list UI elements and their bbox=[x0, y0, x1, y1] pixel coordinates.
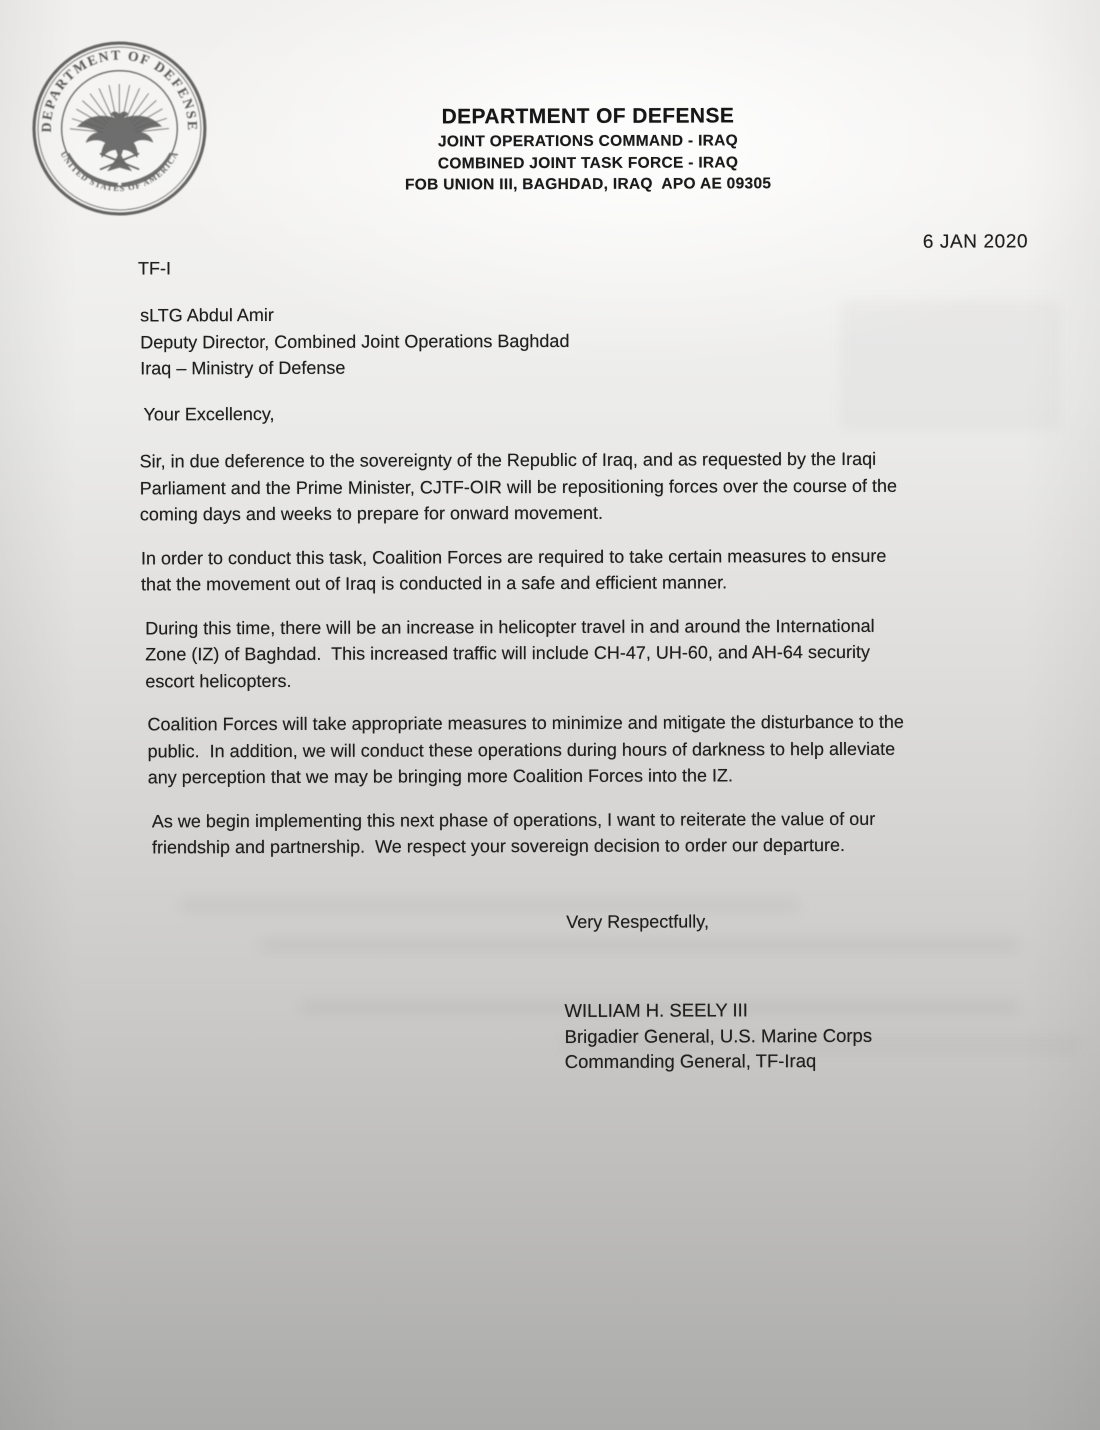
recipient-address: sLTG Abdul Amir Deputy Director, Combine… bbox=[140, 301, 570, 382]
recipient-name: sLTG Abdul Amir bbox=[140, 301, 569, 329]
letterhead-line-4: FOB UNION III, BAGHDAD, IRAQ APO AE 0930… bbox=[151, 172, 1026, 197]
paragraph-3: During this time, there will be an incre… bbox=[145, 612, 1027, 695]
paragraph-2: In order to conduct this task, Coalition… bbox=[141, 542, 1027, 598]
letterhead: DEPARTMENT OF DEFENSE JOINT OPERATIONS C… bbox=[150, 101, 1025, 197]
letter-body: Sir, in due deference to the sovereignty… bbox=[139, 445, 1028, 878]
letterhead-line-2: JOINT OPERATIONS COMMAND - IRAQ bbox=[150, 129, 1025, 154]
paragraph-5: As we begin implementing this next phase… bbox=[152, 805, 1028, 861]
paragraph-4: Coalition Forces will take appropriate m… bbox=[147, 708, 1027, 791]
signer-title: Commanding General, TF-Iraq bbox=[565, 1048, 873, 1075]
salutation: Your Excellency, bbox=[143, 404, 274, 425]
signer-rank: Brigadier General, U.S. Marine Corps bbox=[565, 1022, 873, 1049]
recipient-org: Iraq – Ministry of Defense bbox=[140, 354, 569, 382]
letter-content: DEPARTMENT OF DEFENSE UNITED STATES OF A… bbox=[0, 0, 1100, 1430]
letterhead-line-3: COMBINED JOINT TASK FORCE - IRAQ bbox=[151, 151, 1026, 176]
letterhead-line-1: DEPARTMENT OF DEFENSE bbox=[150, 101, 1025, 132]
signature-block: WILLIAM H. SEELY III Brigadier General, … bbox=[564, 997, 872, 1075]
signer-name: WILLIAM H. SEELY III bbox=[564, 997, 872, 1024]
recipient-title: Deputy Director, Combined Joint Operatio… bbox=[140, 327, 569, 355]
paragraph-1: Sir, in due deference to the sovereignty… bbox=[140, 445, 1027, 528]
complimentary-closing: Very Respectfully, bbox=[566, 911, 709, 932]
date: 6 JAN 2020 bbox=[923, 231, 1028, 253]
office-reference: TF-I bbox=[138, 258, 171, 279]
scanned-letter-page: DEPARTMENT OF DEFENSE UNITED STATES OF A… bbox=[0, 0, 1100, 1430]
